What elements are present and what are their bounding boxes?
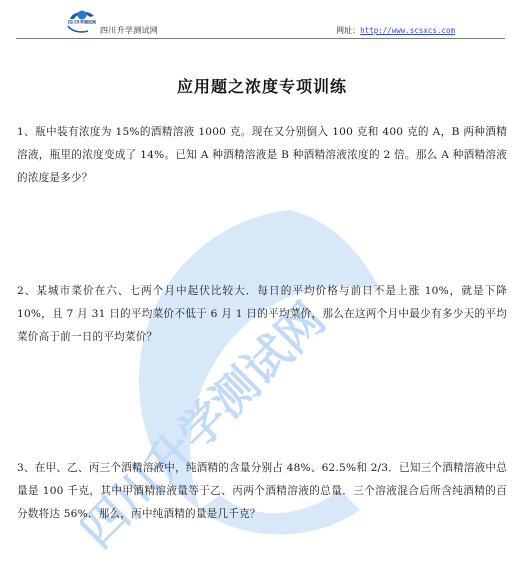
site-url-label: 网址：http://www.scsxcs.com	[336, 25, 455, 36]
problem-1: 1、瓶中装有浓度为 15%的酒精溶液 1000 克。现在又分别倒入 100 克和…	[17, 121, 507, 190]
problem-3: 3、在甲、乙、丙三个酒精溶液中，纯酒精的含量分别占 48%、62.5%和 2/3…	[17, 457, 507, 526]
page-header: 四川升学测试网 四川升学测试网 网址：http://www.scsxcs.com	[16, 0, 505, 39]
site-logo-icon: 四川升学测试网	[60, 8, 104, 34]
url-label: 网址：	[336, 26, 360, 35]
document-title: 应用题之浓度专项训练	[0, 74, 524, 97]
problem-2: 2、某城市菜价在六、七两个月中起伏比较大．每日的平均价格与前日不是上涨 10%，…	[17, 280, 507, 349]
site-url-link[interactable]: http://www.scsxcs.com	[360, 26, 455, 35]
site-name: 四川升学测试网	[100, 25, 158, 36]
svg-text:四川升学测试网: 四川升学测试网	[68, 19, 96, 25]
